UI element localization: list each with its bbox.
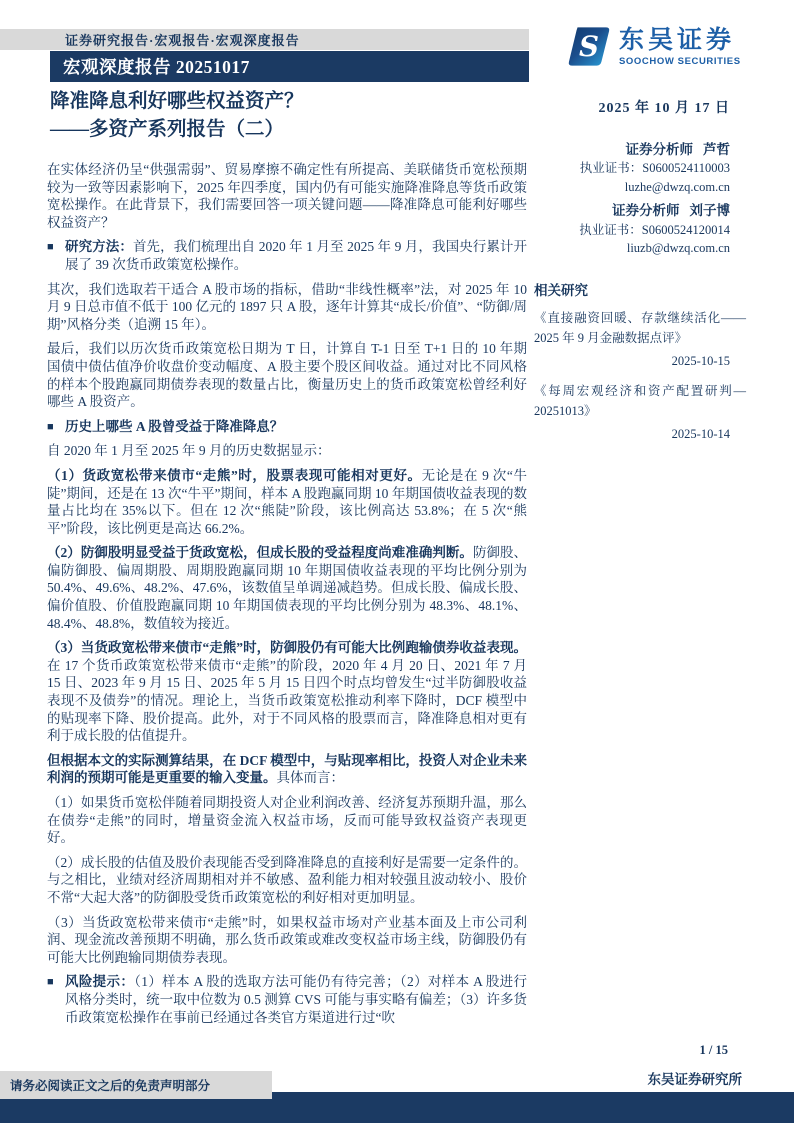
logo-name-en: SOOCHOW SECURITIES bbox=[619, 56, 741, 67]
disclaimer-text: 请务必阅读正文之后的免责声明部分 bbox=[10, 1076, 210, 1094]
risk-label: 风险提示： bbox=[65, 974, 134, 989]
analyst-name: 刘子博 bbox=[690, 203, 731, 218]
method-label: 研究方法： bbox=[65, 239, 133, 254]
svg-text:S: S bbox=[579, 30, 599, 63]
finding-1-headline: （1）货政宽松带来债市“走熊”时，股票表现可能相对更好。 bbox=[47, 468, 422, 483]
dcf-paragraph: 但根据本文的实际测算结果，在 DCF 模型中，与贴现率相比，投资人对企业未来利润… bbox=[47, 752, 527, 787]
related-item-date: 2025-10-14 bbox=[534, 425, 746, 444]
finding-2: （2）防御股明显受益于货政宽松，但成长股的受益程度尚难准确判断。防御股、偏防御股… bbox=[47, 544, 527, 632]
finding-3-headline: （3）当货政宽松带来债市“走熊”时，防御股仍有可能大比例跑输债券收益表现。 bbox=[47, 640, 527, 655]
analyst-role-name: 证券分析师刘子博 bbox=[534, 202, 730, 221]
report-type-label: 宏观深度报告 20251017 bbox=[63, 54, 250, 79]
condition-3: （3）当货政宽松带来债市“走熊”时，如果权益市场对产业基本面及上市公司利润、现金… bbox=[47, 914, 527, 967]
logo-text: 东吴证券 SOOCHOW SECURITIES bbox=[619, 27, 741, 67]
report-page: 证券研究报告·宏观报告·宏观深度报告 宏观深度报告 20251017 降准降息利… bbox=[0, 0, 794, 1123]
related-item-date: 2025-10-15 bbox=[534, 352, 746, 371]
method-bullet: ■ 研究方法：首先，我们梳理出自 2020 年 1 月至 2025 年 9 月，… bbox=[47, 238, 527, 273]
analyst-block: 证券分析师芦哲 执业证书：S0600524110003 luzhe@dwzq.c… bbox=[534, 141, 746, 197]
finding-2-headline: （2）防御股明显受益于货政宽松，但成长股的受益程度尚难准确判断。 bbox=[47, 545, 473, 560]
finding-1: （1）货政宽松带来债市“走熊”时，股票表现可能相对更好。无论是在 9 次“牛陡”… bbox=[47, 467, 527, 537]
logo-name-cn: 东吴证券 bbox=[619, 27, 741, 54]
breadcrumb-bar: 证券研究报告·宏观报告·宏观深度报告 bbox=[0, 29, 529, 50]
analyst-cert: 执业证书：S0600524110003 bbox=[534, 159, 730, 178]
intro-paragraph: 在实体经济仍呈“供强需弱”、贸易摩擦不确定性有所提高、美联储货币宽松预期较为一致… bbox=[47, 161, 527, 231]
related-research-title: 相关研究 bbox=[534, 282, 746, 301]
related-research: 相关研究 《直接融资回暖、存款继续活化——2025 年 9 月金融数据点评》 2… bbox=[534, 282, 746, 444]
analyst-block: 证券分析师刘子博 执业证书：S0600524120014 liuzb@dwzq.… bbox=[534, 202, 746, 258]
title-line-1: 降准降息利好哪些权益资产？ bbox=[50, 88, 530, 116]
condition-2: （2）成长股的估值及股价表现能否受到降准降息的直接利好是需要一定条件的。与之相比… bbox=[47, 854, 527, 907]
company-logo: S 东吴证券 SOOCHOW SECURITIES bbox=[568, 27, 741, 67]
breadcrumb: 证券研究报告·宏观报告·宏观深度报告 bbox=[65, 30, 300, 49]
paragraph-second: 其次，我们选取若干适合 A 股市场的指标，借助“非线性概率”法，对 2025 年… bbox=[47, 281, 527, 334]
history-section-header: ■ 历史上哪些 A 股曾受益于降准降息？ bbox=[47, 418, 527, 436]
risk-text: （1）样本 A 股的选取方法可能仍有待完善；（2）对样本 A 股进行风格分类时，… bbox=[65, 974, 527, 1024]
analyst-name: 芦哲 bbox=[703, 142, 730, 157]
analyst-role: 证券分析师 bbox=[626, 142, 694, 157]
square-bullet-icon: ■ bbox=[47, 419, 54, 436]
soochow-logo-icon: S bbox=[568, 27, 610, 66]
report-abstract: 在实体经济仍呈“供强需弱”、贸易摩擦不确定性有所提高、美联储货币宽松预期较为一致… bbox=[47, 161, 527, 1033]
report-type-bar: 宏观深度报告 20251017 bbox=[50, 51, 529, 82]
square-bullet-icon: ■ bbox=[47, 974, 54, 991]
page-number: 1 / 15 bbox=[700, 1043, 728, 1058]
dcf-text: 具体而言： bbox=[277, 770, 345, 785]
title-line-2: ——多资产系列报告（二） bbox=[50, 116, 530, 144]
condition-1: （1）如果货币宽松伴随着同期投资人对企业利润改善、经济复苏预期升温，那么在债券“… bbox=[47, 794, 527, 847]
risk-bullet: ■ 风险提示：（1）样本 A 股的选取方法可能仍有待完善；（2）对样本 A 股进… bbox=[47, 973, 527, 1026]
history-intro: 自 2020 年 1 月至 2025 年 9 月的历史数据显示： bbox=[47, 442, 527, 460]
sidebar: 2025 年 10 月 17 日 证券分析师芦哲 执业证书：S060052411… bbox=[534, 100, 746, 453]
page-title: 降准降息利好哪些权益资产？ ——多资产系列报告（二） bbox=[50, 88, 530, 144]
paragraph-last: 最后，我们以历次货币政策宽松日期为 T 日，计算自 T-1 日至 T+1 日的 … bbox=[47, 340, 527, 410]
finding-3-text: 在 17 个货币政策宽松带来债市“走熊”的阶段，2020 年 4 月 20 日、… bbox=[47, 658, 527, 743]
related-item-link[interactable]: 《直接融资回暖、存款继续活化——2025 年 9 月金融数据点评》 bbox=[534, 308, 746, 348]
analyst-email-link[interactable]: luzhe@dwzq.com.cn bbox=[534, 178, 730, 197]
disclaimer-box: 请务必阅读正文之后的免责声明部分 bbox=[0, 1071, 272, 1099]
analyst-role: 证券分析师 bbox=[612, 203, 680, 218]
related-item-link[interactable]: 《每周宏观经济和资产配置研判—20251013》 bbox=[534, 381, 746, 421]
analyst-role-name: 证券分析师芦哲 bbox=[534, 141, 730, 160]
method-text: 首先，我们梳理出自 2020 年 1 月至 2025 年 9 月，我国央行累计开… bbox=[65, 239, 527, 272]
analyst-cert: 执业证书：S0600524120014 bbox=[534, 221, 730, 240]
research-institute: 东吴证券研究所 bbox=[648, 1068, 743, 1088]
finding-3: （3）当货政宽松带来债市“走熊”时，防御股仍有可能大比例跑输债券收益表现。在 1… bbox=[47, 639, 527, 745]
history-section-title: 历史上哪些 A 股曾受益于降准降息？ bbox=[65, 419, 283, 434]
square-bullet-icon: ■ bbox=[47, 239, 54, 256]
report-date: 2025 年 10 月 17 日 bbox=[534, 100, 746, 119]
analyst-email-link[interactable]: liuzb@dwzq.com.cn bbox=[534, 239, 730, 258]
